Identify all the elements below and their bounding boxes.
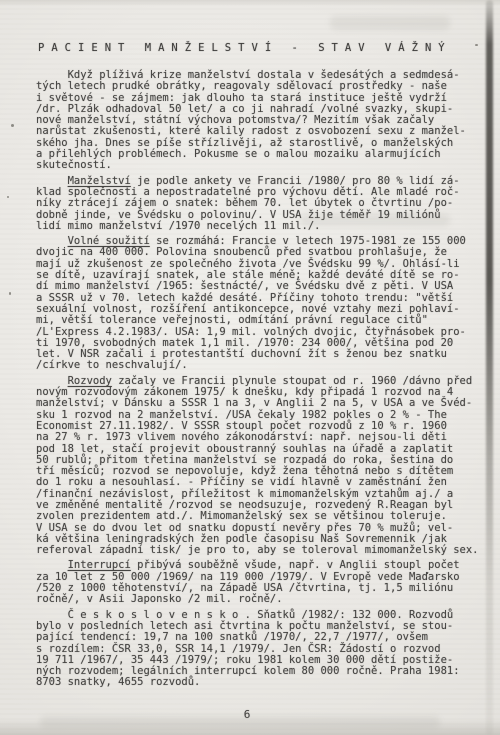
paragraph-indent [36, 175, 68, 187]
scan-speck [475, 44, 478, 46]
scan-speck [9, 292, 11, 295]
paragraph-ceskoslovensko: Č e s k o s l o v e n s k o . Sňatků /19… [36, 610, 488, 689]
paragraph-indent [36, 375, 68, 387]
page-edge-shadow-bottom [0, 719, 500, 735]
paragraph-lead: Interrupcí [68, 559, 131, 571]
paragraph-text: Č e s k o s l o v e n s k o . Sňatků /19… [36, 609, 460, 689]
page-number: 6 [0, 708, 494, 721]
scan-speck [11, 124, 14, 127]
scan-speck [7, 196, 9, 198]
document-body: Když plíživá krize manželství dostala v … [36, 70, 488, 689]
scan-smudge [330, 16, 450, 30]
page-edge-shadow-top [0, 0, 500, 6]
paragraph-text: Když plíživá krize manželství dostala v … [36, 69, 466, 171]
paragraph-lead: Manželství [68, 175, 131, 187]
scanned-document-page: P A C I E N T M A N Ž E L S T V Í - S T … [0, 0, 500, 735]
paragraph-rozvody: Rozvody začaly ve Francii plynule stoupa… [36, 376, 488, 557]
paragraph-lead: Rozvody [68, 375, 112, 387]
paragraph-text: se rozmáhá: Francie v letech 1975-1981 z… [36, 235, 466, 371]
paragraph-text: začaly ve Francii plynule stoupat od r. … [36, 375, 479, 556]
page-title: P A C I E N T M A N Ž E L S T V Í - S T … [38, 42, 445, 54]
paragraph-interrupce: Interrupcí přibývá souběžně všude, např.… [36, 560, 488, 605]
paragraph-intro: Když plíživá krize manželství dostala v … [36, 70, 488, 172]
paragraph-indent [36, 609, 68, 621]
paragraph-indent [36, 559, 68, 571]
paragraph-volne-souziti: Volné soužití se rozmáhá: Francie v lete… [36, 236, 488, 372]
paragraph-manzelstvi: Manželství je podle ankety ve Francii /1… [36, 176, 488, 232]
